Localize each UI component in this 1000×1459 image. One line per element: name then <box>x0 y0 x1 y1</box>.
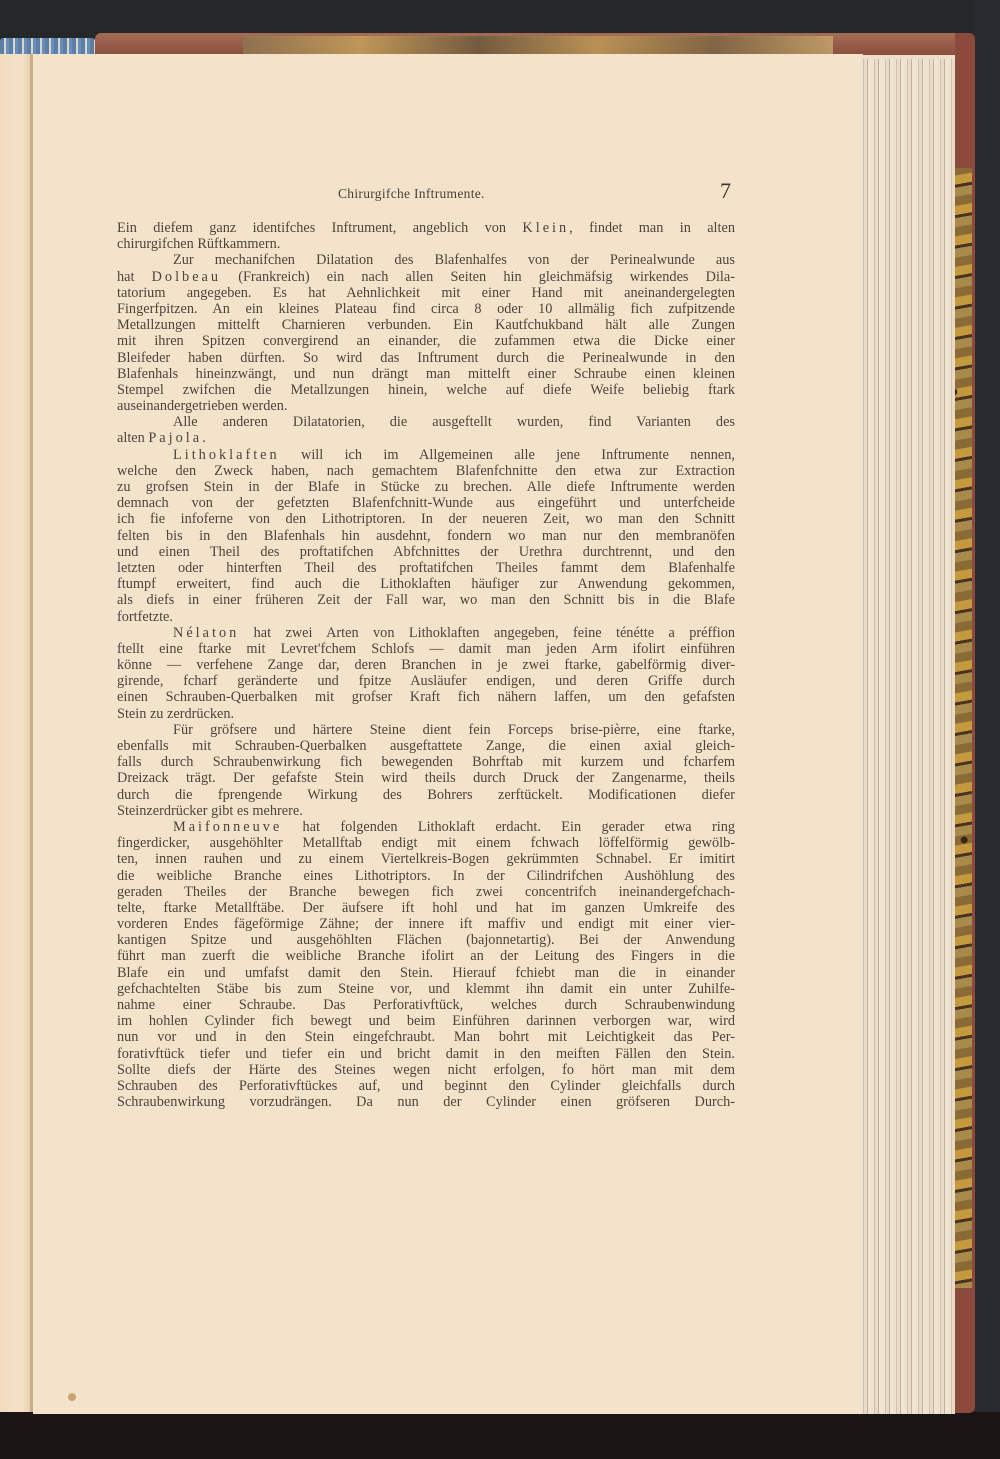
text-line: fortfetzte. <box>117 609 735 625</box>
text-line: kantigen Spitze und ausgehöhlten Flächen… <box>117 932 735 948</box>
text-line: mit ihren Spitzen convergirend an einand… <box>117 333 735 349</box>
page-edges <box>860 55 955 1414</box>
text-line: Ein diefem ganz identifches Inftrument, … <box>117 220 735 236</box>
text-line: welche den Zweck haben, nach gemachtem B… <box>117 463 735 479</box>
text-line: zu grofsen Stein in der Blafe in Stücke … <box>117 479 735 495</box>
text-line: und einen Theil des proftatifchen Abfchn… <box>117 544 735 560</box>
text-line: gefchachtelten Stäbe bis zum Steine vor,… <box>117 981 735 997</box>
text-line: durch die fprengende Wirkung des Bohrers… <box>117 787 735 803</box>
text-line: könne — verfehene Zange dar, deren Branc… <box>117 657 735 673</box>
text-line: ten, innen rauhen und zu einem Viertelkr… <box>117 851 735 867</box>
spaced-name: Nélaton <box>173 625 239 641</box>
text-line: chirurgifchen Rüftkammern. <box>117 236 735 252</box>
text-line: einen Schrauben-Querbalken mit grofser K… <box>117 689 735 705</box>
text-line: ftumpf erweitert, find auch die Lithokla… <box>117 576 735 592</box>
text-line: Sollte diefs der Härte des Steines wegen… <box>117 1062 735 1078</box>
text-line: Stein zu zerdrücken. <box>117 706 735 722</box>
text-line: als diefs in einer früheren Zeit der Fal… <box>117 592 735 608</box>
backdrop-right <box>975 0 1000 1459</box>
text-line: Schrauben des Perforativftückes auf, und… <box>117 1078 735 1094</box>
left-page-edge <box>0 54 32 1412</box>
text-line: Dreizack trägt. Der gefafste Stein wird … <box>117 770 735 786</box>
text-line: Schraubenwirkung vorzudrängen. Da nun de… <box>117 1094 735 1110</box>
spaced-name: Maifonneuve <box>173 819 282 835</box>
text-line: hat Dolbeau (Frankreich) ein nach allen … <box>117 269 735 285</box>
text-line: auseinandergetrieben werden. <box>117 398 735 414</box>
spaced-name: Lithoklaften <box>173 447 280 463</box>
text-line: felten bis in den Blafenhals hin ausdehn… <box>117 528 735 544</box>
text-line: Stempel zwifchen die Metallzungen hinein… <box>117 382 735 398</box>
text-line: Steinzerdrücker gibt es mehrere. <box>117 803 735 819</box>
text-line: im hohlen Cylinder fich bewegt und beim … <box>117 1013 735 1029</box>
backdrop-bottom <box>0 1412 1000 1459</box>
text-line: Alle anderen Dilatatorien, die ausgeftel… <box>117 414 735 430</box>
text-line: Lithoklaften will ich im Allgemeinen all… <box>117 447 735 463</box>
marbled-edge-top <box>243 36 833 54</box>
text-line: letzten oder hinterften Theil des profta… <box>117 560 735 576</box>
text-line: Blafenhals hineinzwängt, und nun drängt … <box>117 366 735 382</box>
text-line: Maifonneuve hat folgenden Lithoklaft erd… <box>117 819 735 835</box>
text-line: geraden Theiles der Branche bewegen fich… <box>117 884 735 900</box>
text-line: alten Pajola. <box>117 430 735 446</box>
body-text: Ein diefem ganz identifches Inftrument, … <box>117 220 735 1110</box>
text-line: Zur mechanifchen Dilatation des Blafenha… <box>117 252 735 268</box>
text-line: nahme einer Schraube. Das Perforativftüc… <box>117 997 735 1013</box>
text-line: forativftück tiefer und tiefer ein und b… <box>117 1046 735 1062</box>
spaced-name: Klein <box>522 220 569 236</box>
text-line: fingerdicker, ausgehöhlter Metallftab en… <box>117 835 735 851</box>
running-head: Chirurgifche Inftrumente. <box>338 186 485 202</box>
text-line: die weibliche Branche eines Lithotriptor… <box>117 868 735 884</box>
text-line: demnach von der gefetzten Blafenfchnitt-… <box>117 495 735 511</box>
text-line: Fingerfpitzen. An ein kleines Plateau fi… <box>117 301 735 317</box>
text-line: ebenfalls mit Schrauben-Querbalken ausge… <box>117 738 735 754</box>
text-line: ich fie infoferne von den Lithotriptoren… <box>117 511 735 527</box>
spaced-name: Dolbeau <box>152 269 221 285</box>
text-line: nun vor und in den Stein eingefchraubt. … <box>117 1029 735 1045</box>
text-line: Metallzungen mittelft Charnieren verbund… <box>117 317 735 333</box>
text-line: Für gröfsere und härtere Steine dient fe… <box>117 722 735 738</box>
spaced-name: Pajola <box>148 430 202 446</box>
text-line: Blafe ein und umfafst damit den Stein. H… <box>117 965 735 981</box>
text-line: girende, fcharf geränderte und fpitze Au… <box>117 673 735 689</box>
text-line: vorderen Endes fägeförmige Zähne; der in… <box>117 916 735 932</box>
text-line: Nélaton hat zwei Arten von Lithoklaften … <box>117 625 735 641</box>
text-line: Bleifeder haben dürften. So wird das Inf… <box>117 350 735 366</box>
text-line: telte, ftarke Metallftäbe. Der äufsere i… <box>117 900 735 916</box>
page-number: 7 <box>720 178 731 204</box>
text-line: führt man zuerft die weibliche Branche i… <box>117 948 735 964</box>
foxing-spot <box>68 1393 76 1401</box>
text-line: tatorium angegeben. Es hat Aehnlichkeit … <box>117 285 735 301</box>
text-line: ftellt eine ftarke mit Levret'fchem Schl… <box>117 641 735 657</box>
text-line: falls durch Schraubenwirkung fich bewege… <box>117 754 735 770</box>
